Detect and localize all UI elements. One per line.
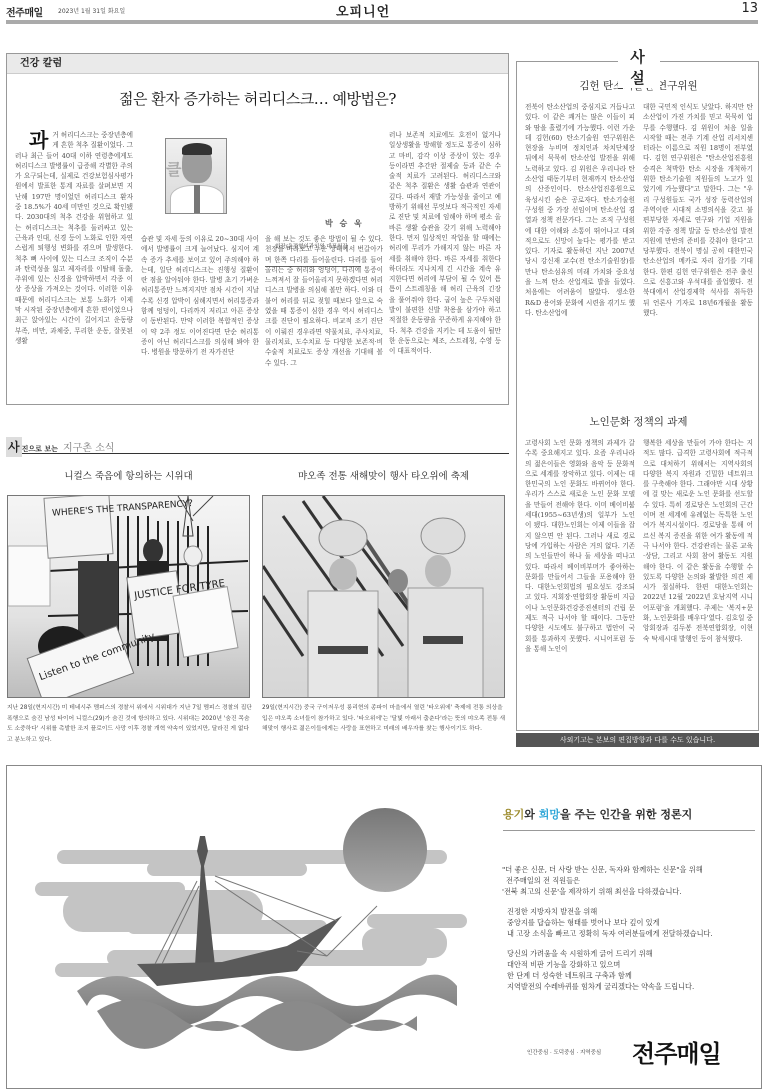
issue-date: 2023년 1월 31일 화요일 xyxy=(58,6,125,15)
slogan-and: 와 xyxy=(524,808,538,821)
article-headline: 젊은 환자 증가하는 허리디스크… 예방법은? xyxy=(7,88,508,109)
ad-paragraph-2: 진정한 지방자치 발전을 위해 중앙지를 답습하는 형태를 벗어나 보다 깊이 … xyxy=(502,906,713,939)
column-text: 습관 및 자세 등의 이유로 20~30대 사이에서 발병률이 크게 늘어났다.… xyxy=(141,235,259,356)
page-number: 13 xyxy=(741,1,758,16)
ad-line: 중앙지를 답습하는 형태를 벗어나 보다 깊이 있게 xyxy=(507,917,713,928)
column-text: 전북이 탄소산업의 중심지로 거듭나고 있다. 이 같은 쾌거는 많은 이들이 … xyxy=(525,103,635,317)
ad-line: '전북 최고의 신문'을 제작하기 위해 최선을 다하겠습니다. xyxy=(502,886,703,897)
health-column: 건강 칼럼 젊은 환자 증가하는 허리디스크… 예방법은? 과 거 허리디스크는… xyxy=(6,53,509,405)
festival-illustration xyxy=(263,496,505,698)
photo-caption-2: 29일(현지시간) 중국 구이저우성 룽리현의 종파이 마을에서 열린 '타오위… xyxy=(262,703,508,735)
photo-news-header: 사진으로 보는 지구촌 소식 xyxy=(6,436,509,454)
editorial-1-column-2: 대한 국민적 인식도 낮았다. 하지만 탄소산업이 가진 가치를 믿고 묵묵히 … xyxy=(643,102,753,358)
editorial-box: 김헌 탄소기술원 연구위원 전북이 탄소산업의 중심지로 거듭나고 있다. 이 … xyxy=(516,61,759,731)
ad-tagline: 인간중심 · 도덕중심 · 지역중심 xyxy=(527,1048,601,1056)
editorial-2-column-2: 행복한 세상을 만들어 가야 한다는 지적도 많다. 급격한 고령사회에 적극적… xyxy=(643,438,753,726)
ad-divider xyxy=(503,830,755,831)
photo-tie xyxy=(194,185,200,214)
article-column-2: 습관 및 자세 등의 이유로 20~30대 사이에서 발병률이 크게 늘어났다.… xyxy=(141,234,259,402)
ad-line: 한 단계 더 성숙한 네트워크 구축과 함께 xyxy=(507,970,694,981)
masthead: 전주매일 2023년 1월 31일 화요일 오피니언 13 xyxy=(6,0,762,22)
editorial-2-column-1: 고령사회 노인 문화 정책의 과제가 갈수록 중요해지고 있다. 요즘 우리나라… xyxy=(525,438,635,726)
photo-background-glyph: 클 xyxy=(166,157,181,180)
header-initial: 사 xyxy=(6,437,22,457)
brand-name: 전주매일 xyxy=(6,4,43,19)
protest-photo: WHERE'S THE TRANSPARENCY? JUSTICE FOR TY… xyxy=(7,495,250,698)
photo-title-1: 니컬스 죽음에 항의하는 시위대 xyxy=(7,468,250,482)
ad-line: 진정한 지방자치 발전을 위해 xyxy=(507,906,713,917)
ad-line: 당신의 가려움을 속 시원하게 긁어 드리기 위해 xyxy=(507,948,694,959)
header-small: 진으로 보는 xyxy=(22,445,58,453)
slogan-rest: 을 주는 인간을 위한 정론지 xyxy=(560,808,692,821)
author-name: 박 승 욱 xyxy=(325,218,364,229)
editorial-title-2: 노인문화 정책의 과제 xyxy=(517,414,760,429)
photo-title-2: 먀오족 전통 새해맞이 행사 타오위에 축제 xyxy=(262,468,505,482)
ad-line: 대안적 비판 기능을 강화하고 있으며 xyxy=(507,959,694,970)
slogan-hope: 희망 xyxy=(539,808,560,821)
header-grey: 지구촌 소식 xyxy=(63,443,114,454)
ad-line: 지역발전의 수레바퀴를 힘차게 굴리겠다는 약속을 드립니다. xyxy=(507,981,694,992)
column-text: 행복한 세상을 만들어 가야 한다는 지적도 많다. 급격한 고령사회에 적극적… xyxy=(643,439,753,643)
column-text: 거 허리디스크는 중장년층에게 흔한 척추 질환이었다. 그러나 최근 들어 4… xyxy=(15,131,133,345)
article-column-1: 과 거 허리디스크는 중장년층에게 흔한 척추 질환이었다. 그러나 최근 들어… xyxy=(15,130,133,402)
ad-paragraph-3: 당신의 가려움을 속 시원하게 긁어 드리기 위해 대안적 비판 기능을 강화하… xyxy=(502,948,694,992)
ad-logo: 전주매일 xyxy=(632,1034,721,1069)
ad-slogan: 용기와 희망을 주는 인간을 위한 정론지 xyxy=(503,806,692,822)
ad-line: "더 좋은 신문, 더 사랑 받는 신문, 독자와 함께하는 신문"을 위해 xyxy=(502,864,703,875)
photo-hair xyxy=(182,143,212,155)
article-column-4: 러나 보존적 치료에도 호전이 없거나 일상생활을 방해할 정도로 통증이 심하… xyxy=(389,130,501,402)
article-column-3: 을 해 보는 것도 좋은 방법이 될 수 있다. 천장을 바라보고 누운 상태에… xyxy=(265,234,383,402)
column-text: 러나 보존적 치료에도 호전이 없거나 일상생활을 방해할 정도로 통증이 심하… xyxy=(389,131,501,355)
ad-line: 전주매일의 전 직원들은 xyxy=(502,875,703,886)
section-title: 오피니언 xyxy=(336,1,390,20)
boat-illustration xyxy=(7,766,497,1086)
column-text: 을 해 보는 것도 좋은 방법이 될 수 있다. 천장을 바라보고 누운 상태에… xyxy=(265,235,383,367)
photo-caption-1: 지난 28일(현지시간) 미 테네시주 멤피스의 경찰서 위에서 시위대가 지난… xyxy=(7,703,253,745)
protest-illustration: WHERE'S THE TRANSPARENCY? JUSTICE FOR TY… xyxy=(8,496,250,698)
column-text: 고령사회 노인 문화 정책의 과제가 갈수록 중요해지고 있다. 요즘 우리나라… xyxy=(525,439,635,653)
author-photo: 클 xyxy=(165,138,227,214)
slogan-courage: 용기 xyxy=(503,808,524,821)
column-text: 대한 국민적 인식도 낮았다. 하지만 탄소산업이 가진 가치를 믿고 묵묵히 … xyxy=(643,103,753,317)
editorial-label: 사 설 xyxy=(618,46,660,88)
contribution-notice: 사외기고는 본보의 편집방향과 다를 수도 있습니다. xyxy=(516,733,759,747)
ad-paragraph-1: "더 좋은 신문, 더 사랑 받는 신문, 독자와 함께하는 신문"을 위해 전… xyxy=(502,864,703,897)
dropcap: 과 xyxy=(29,130,48,150)
editorial-1-column-1: 전북이 탄소산업의 중심지로 거듭나고 있다. 이 같은 쾌거는 많은 이들이 … xyxy=(525,102,635,358)
column-header: 건강 칼럼 xyxy=(7,54,508,74)
ad-line: 내 고장 소식을 빠르고 정확히 독자 여러분들에게 전달하겠습니다. xyxy=(507,928,713,939)
masthead-rule xyxy=(6,20,758,24)
festival-photo xyxy=(262,495,505,698)
